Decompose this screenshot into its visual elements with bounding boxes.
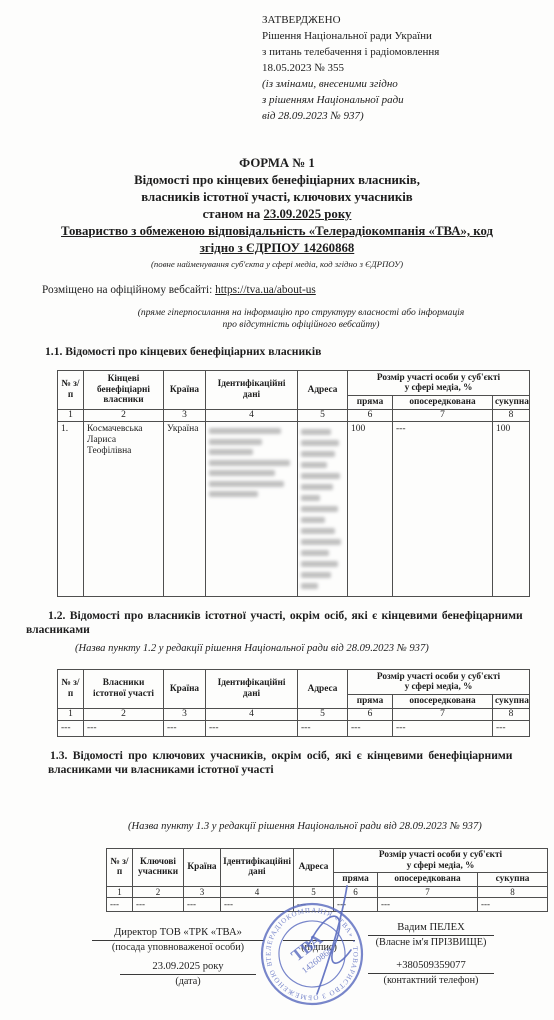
cell-address-redacted (298, 421, 348, 596)
section-1-1-heading: 1.1. Відомості про кінцевих бенефіціарни… (45, 345, 321, 359)
website-note: (пряме гіперпосилання на інформацію про … (45, 307, 554, 330)
cell-total-share: 100 (493, 421, 530, 596)
col-index: 8 (478, 886, 548, 897)
cell-id-redacted (206, 421, 298, 596)
signatory-position-caption: (посада уповноваженої особи) (92, 941, 264, 954)
cell-dash: --- (206, 720, 298, 736)
col-index: 7 (393, 708, 493, 720)
signatory-position-field: Директор ТОВ «ТРК «ТВА» (посада уповнова… (92, 926, 264, 954)
company-name-line: Товариство з обмеженою відповідальність … (0, 223, 554, 240)
as-of-prefix: станом на (203, 207, 264, 221)
cell-dash: --- (478, 897, 548, 911)
col-index: 3 (184, 886, 221, 897)
col-index: 7 (378, 886, 478, 897)
col-index: 2 (84, 708, 164, 720)
col-header-num: № з/п (107, 849, 133, 887)
phone-caption: (контактний телефон) (368, 974, 494, 987)
section-1-3-note: (Назва пункту 1.3 у редакції рішення Нац… (128, 821, 482, 832)
col-header-address: Адреса (294, 849, 334, 887)
cell-dash: --- (84, 720, 164, 736)
signatory-name: Вадим ПЕЛЕХ (368, 921, 494, 936)
col-header-id: Ідентифікаційні дані (206, 670, 298, 709)
col-index: 1 (107, 886, 133, 897)
col-header-num: № з/п (58, 670, 84, 709)
approval-amendment-line: (із змінами, внесеними згідно (262, 76, 439, 92)
col-header-country: Країна (164, 371, 206, 410)
date-caption: (дата) (120, 975, 256, 988)
table-beneficial-owners: № з/п Кінцеві бенефіціарні власники Краї… (57, 370, 530, 597)
col-header-subject: Кінцеві бенефіціарні власники (84, 371, 164, 410)
col-header-share: Розмір участі особи у суб'єкті у сфері м… (334, 849, 548, 873)
col-index: 1 (58, 708, 84, 720)
col-header-subject: Власники істотної участі (84, 670, 164, 709)
col-index: 3 (164, 708, 206, 720)
cell-owner-name: Космачевська Лариса Теофілівна (84, 421, 164, 596)
col-header-total: сукупна (493, 396, 530, 410)
col-header-total: сукупна (493, 695, 530, 709)
col-index: 1 (58, 409, 84, 421)
cell-country: Україна (164, 421, 206, 596)
form-title-block: ФОРМА № 1 Відомості про кінцевих бенефіц… (0, 155, 554, 270)
cell-dash: --- (184, 897, 221, 911)
phone-value: +380509359077 (368, 959, 494, 974)
company-caption: (повне найменування суб'єкта у сфері мед… (0, 258, 554, 270)
company-edrpou-line: згідно з ЄДРПОУ 14260868 (0, 240, 554, 257)
col-header-address: Адреса (298, 670, 348, 709)
approval-line: ЗАТВЕРДЖЕНО (262, 12, 439, 28)
cell-dash: --- (348, 720, 393, 736)
signatory-name-field: Вадим ПЕЛЕХ (Власне ім'я ПРІЗВИЩЕ) (368, 921, 494, 949)
col-header-num: № з/п (58, 371, 84, 410)
website-note-line: (пряме гіперпосилання на інформацію про … (45, 307, 554, 319)
cell-dash: --- (133, 897, 184, 911)
col-index: 2 (84, 409, 164, 421)
website-label: Розміщено на офіційному вебсайті: (42, 284, 212, 296)
document-page: ЗАТВЕРДЖЕНО Рішення Національної ради Ук… (0, 0, 554, 1020)
redacted-text (209, 428, 294, 497)
table-row-empty: --- --- --- --- --- --- --- --- (58, 720, 530, 736)
approval-amendment-line: з рішенням Національної ради (262, 92, 439, 108)
col-index: 5 (298, 409, 348, 421)
section-1-2-note: (Назва пункту 1.2 у редакції рішення Нац… (75, 643, 429, 654)
signatory-position: Директор ТОВ «ТРК «ТВА» (92, 926, 264, 941)
col-index: 2 (133, 886, 184, 897)
cell-dash: --- (107, 897, 133, 911)
col-index: 3 (164, 409, 206, 421)
col-header-direct: пряма (348, 396, 393, 410)
col-header-id: Ідентифікаційні дані (206, 371, 298, 410)
cell-num: 1. (58, 421, 84, 596)
col-header-share: Розмір участі особи у суб'єкті у сфері м… (348, 371, 530, 396)
cell-dash: --- (298, 720, 348, 736)
col-index: 4 (206, 708, 298, 720)
form-number: ФОРМА № 1 (0, 155, 554, 172)
table-row: 1. Космачевська Лариса Теофілівна Україн… (58, 421, 530, 596)
table-substantial-owners: № з/п Власники істотної участі Країна Ід… (57, 669, 530, 737)
cell-dash: --- (58, 720, 84, 736)
cell-direct-share: 100 (348, 421, 393, 596)
as-of-date-line: станом на 23.09.2025 року (0, 206, 554, 223)
website-note-line: про відсутність офіційного вебсайту) (45, 319, 554, 331)
col-header-total: сукупна (478, 873, 548, 887)
redacted-text (301, 429, 344, 589)
approval-line: 18.05.2023 № 355 (262, 60, 439, 76)
col-header-subject: Ключові учасники (133, 849, 184, 887)
approval-block: ЗАТВЕРДЖЕНО Рішення Національної ради Ук… (262, 12, 439, 124)
col-header-indirect: опосередкована (393, 396, 493, 410)
cell-dash: --- (493, 720, 530, 736)
section-1-2-heading: 1.2. Відомості про власників істотної уч… (48, 609, 523, 623)
col-header-country: Країна (184, 849, 221, 887)
approval-amendment-line: від 28.09.2023 № 937) (262, 108, 439, 124)
col-header-direct: пряма (348, 695, 393, 709)
section-1-2-heading-cont: власниками (26, 623, 90, 637)
col-header-indirect: опосередкована (393, 695, 493, 709)
as-of-date: 23.09.2025 року (264, 207, 352, 221)
cell-dash: --- (378, 897, 478, 911)
section-1-3-heading: 1.3. Відомості про ключових учасників, о… (50, 749, 512, 763)
date-field: 23.09.2025 року (дата) (120, 960, 256, 988)
website-line: Розміщено на офіційному вебсайті: https:… (42, 284, 316, 296)
col-index: 8 (493, 708, 530, 720)
section-1-3-heading-cont: власниками чи власниками істотної участі (48, 763, 274, 777)
form-subject-line: Відомості про кінцевих бенефіціарних вла… (0, 172, 554, 189)
cell-indirect-share: --- (393, 421, 493, 596)
signatory-name-caption: (Власне ім'я ПРІЗВИЩЕ) (368, 936, 494, 949)
col-index: 8 (493, 409, 530, 421)
cell-dash: --- (393, 720, 493, 736)
col-index: 4 (206, 409, 298, 421)
phone-field: +380509359077 (контактний телефон) (368, 959, 494, 987)
website-link[interactable]: https://tva.ua/about-us (215, 284, 316, 296)
approval-line: Рішення Національної ради України (262, 28, 439, 44)
form-subject-line: власників істотної участі, ключових учас… (0, 189, 554, 206)
cell-dash: --- (164, 720, 206, 736)
col-header-address: Адреса (298, 371, 348, 410)
col-header-country: Країна (164, 670, 206, 709)
col-index: 6 (348, 409, 393, 421)
col-header-share: Розмір участі особи у суб'єкті у сфері м… (348, 670, 530, 695)
approval-line: з питань телебачення і радіомовлення (262, 44, 439, 60)
col-header-id: Ідентифікаційні дані (221, 849, 294, 887)
handwritten-signature-icon (283, 882, 363, 997)
col-index: 5 (298, 708, 348, 720)
date-value: 23.09.2025 року (120, 960, 256, 975)
col-index: 7 (393, 409, 493, 421)
col-index: 6 (348, 708, 393, 720)
col-header-indirect: опосередкована (378, 873, 478, 887)
